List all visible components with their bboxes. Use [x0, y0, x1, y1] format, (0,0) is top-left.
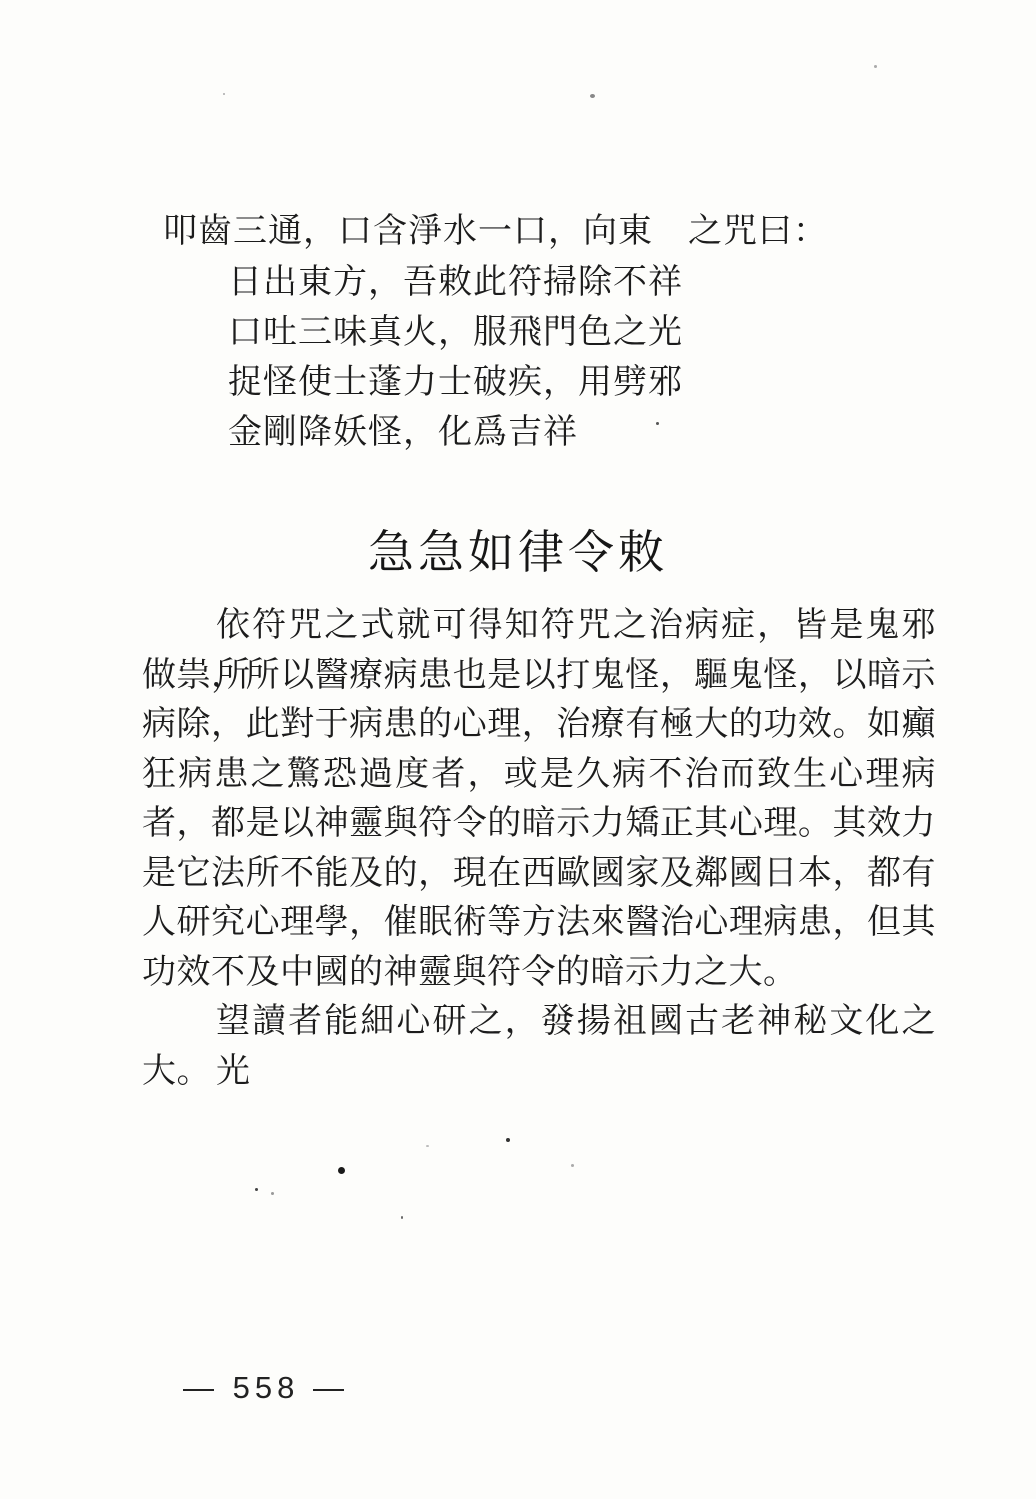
book-page: 叩齒三通，口含淨水一口，向東 之咒曰： 日出東方，吾敕此符掃除不祥 口吐三味真火… — [0, 0, 1036, 1499]
body-text-block: 依符咒之式就可得知符咒之治病症，皆是鬼邪所 做祟，所以醫療病患也是以打鬼怪，驅鬼… — [142, 601, 936, 1096]
incantation-verse: 捉怪使士蓬力士破疾，用劈邪 — [228, 354, 683, 403]
incantation-seal-title: 急急如律令敕 — [0, 516, 1036, 582]
paragraph1-line: 是它法所不能及的，現在西歐國家及鄰國日本，都有 — [142, 849, 936, 899]
paragraph2-line: 大。 — [142, 1047, 936, 1097]
scan-speck — [506, 1138, 510, 1142]
scan-speck — [656, 422, 659, 425]
incantation-verse: 日出東方，吾敕此符掃除不祥 — [228, 254, 683, 303]
incantation-intro-line: 叩齒三通，口含淨水一口，向東 之咒曰： — [163, 203, 828, 252]
paragraph1-line: 狂病患之驚恐過度者，或是久病不治而致生心理病 — [142, 750, 936, 800]
incantation-verse: 金剛降妖怪，化爲吉祥 — [228, 404, 578, 453]
scan-speck — [338, 1167, 345, 1174]
scan-speck — [590, 94, 595, 98]
paragraph1-line: 依符咒之式就可得知符咒之治病症，皆是鬼邪所 — [142, 601, 936, 651]
paragraph1-line: 病除，此對于病患的心理，治療有極大的功效。如癲 — [142, 700, 936, 750]
scan-speck — [223, 93, 225, 95]
scan-speck — [874, 65, 877, 68]
incantation-verse: 口吐三味真火，服飛門色之光 — [228, 304, 683, 353]
scan-speck — [271, 1192, 274, 1195]
paragraph1-line: 人研究心理學，催眠術等方法來醫治心理病患，但其 — [142, 898, 936, 948]
paragraph2-line: 望讀者能細心研之，發揚祖國古老神秘文化之光 — [142, 997, 936, 1047]
scan-speck — [401, 1216, 403, 1219]
paragraph1-line: 功效不及中國的神靈與符令的暗示力之大。 — [142, 948, 936, 998]
page-number: — 558 — — [183, 1370, 349, 1406]
paragraph1-line: 做祟，所以醫療病患也是以打鬼怪，驅鬼怪，以暗示 — [142, 651, 936, 701]
scan-speck — [547, 436, 549, 438]
scan-speck — [255, 1188, 258, 1191]
paragraph1-line: 者，都是以神靈與符令的暗示力矯正其心理。其效力 — [142, 799, 936, 849]
scan-speck — [571, 1164, 574, 1167]
scan-speck — [426, 1145, 429, 1147]
